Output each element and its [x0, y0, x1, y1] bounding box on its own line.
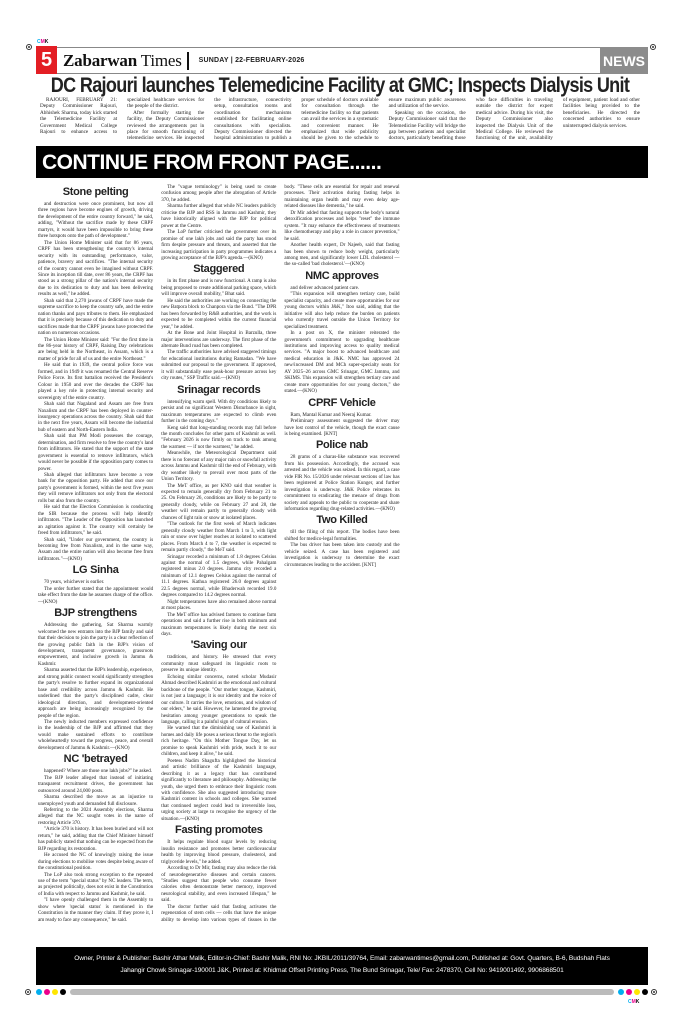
continued-articles: Stone pelting and destruction were once …: [38, 184, 646, 924]
cyan-swatch-icon: [618, 989, 624, 995]
magenta-swatch-icon: [626, 989, 632, 995]
article-paragraph: Keng said that long-standing records may…: [161, 425, 276, 451]
article-headline-nc-betrayed: NC 'betrayed: [38, 753, 153, 765]
black-swatch-icon: [60, 989, 66, 995]
article-paragraph: and destruction were once prominent, but…: [38, 201, 153, 240]
article-paragraph: He warned that the diminishing use of Ka…: [161, 725, 276, 757]
article-paragraph: It helps regulate blood sugar levels by …: [161, 839, 276, 865]
cmyk-label-bottom: CMK: [628, 999, 639, 1005]
article-paragraph: Srinagar recorded a minimum of 1.8 degre…: [161, 554, 276, 599]
masthead: 5 Zabarwan Times SUNDAY | 22-FEBRUARY-20…: [36, 47, 648, 74]
article-paragraph: The LoP further criticised the governmen…: [161, 229, 276, 261]
article-paragraph: Referring to the 2024 Assembly elections…: [38, 807, 153, 826]
article-paragraph: traditions, and history. He stressed tha…: [161, 654, 276, 673]
article-headline-crpf-vehicle: CPRF Vehicle: [284, 397, 399, 409]
color-registration-bar: [36, 988, 648, 996]
article-paragraph: The LoP also took strong exception to th…: [38, 872, 153, 898]
article-paragraph: Sharma described the move as an injustic…: [38, 794, 153, 807]
continue-banner: CONTINUE FROM FRONT PAGE......: [36, 146, 648, 178]
article-headline-fasting-promotes: Fasting promotes: [161, 824, 276, 836]
article-paragraph: Addressing the gathering, Sat Sharma war…: [38, 622, 153, 667]
article-paragraph: "This expansion will strengthen tertiary…: [284, 291, 399, 330]
grey-registration-strip: [70, 989, 614, 995]
article-paragraph: Shah said that 2,270 jawans of CRPF have…: [38, 298, 153, 337]
article-paragraph: He said that the Election Commission is …: [38, 504, 153, 536]
article-paragraph: The Union Home Minister said: "For the f…: [38, 337, 153, 363]
issue-date: SUNDAY | 22-FEBRUARY-2026: [199, 57, 305, 64]
article-paragraph: intensifying warm spell. With dry condit…: [161, 399, 276, 425]
page-number-badge: 5: [36, 46, 57, 74]
yellow-swatch-icon: [634, 989, 640, 995]
article-headline-police-nab: Police nab: [284, 439, 399, 451]
article-headline-lg-sinha: LG Sinha: [38, 564, 153, 576]
article-paragraph: "The outlook for the first week of March…: [161, 521, 276, 553]
article-headline-nmc-approves: NMC approves: [284, 270, 399, 282]
article-headline-two-killed: Two Killed: [284, 514, 399, 526]
article-paragraph: Meanwhile, the Meteorological Department…: [161, 450, 276, 482]
article-headline-srinagar-records: Srinagar records: [161, 384, 276, 396]
article-paragraph: He said that in 1939, the central police…: [38, 362, 153, 401]
article-paragraph: In a post on X, the minister reiterated …: [284, 330, 399, 395]
article-paragraph: Echoing similar concerns, noted scholar …: [161, 674, 276, 726]
article-paragraph: The BJP leader alleged that instead of i…: [38, 775, 153, 794]
registration-mark-bottom-left-icon: [25, 989, 31, 995]
article-paragraph: Another health expert, Dr Najeeb, said t…: [284, 242, 399, 268]
article-headline-staggered: Staggered: [161, 263, 276, 275]
article-paragraph: Shah said that Nagaland and Assam are fr…: [38, 401, 153, 433]
article-paragraph: Shah said that PM Modi possesses the cou…: [38, 433, 153, 472]
article-paragraph: The MeT office, as per KNO said that wea…: [161, 483, 276, 522]
article-headline-saving-our: 'Saving our: [161, 639, 276, 651]
article-headline-stone-pelting: Stone pelting: [38, 186, 153, 198]
article-paragraph: happened? Where are those one lakh jobs?…: [38, 768, 153, 774]
article-paragraph: Sharma further alleged that while NC lea…: [161, 203, 276, 229]
article-paragraph: He accused the NC of knowingly raising t…: [38, 852, 153, 871]
article-paragraph: He said the authorities are working on c…: [161, 298, 276, 330]
title-divider: [187, 52, 189, 70]
imprint-footer: Owner, Printer & Publisher: Bashir Athar…: [36, 947, 648, 985]
article-paragraph: The order further stated that the appoin…: [38, 586, 153, 605]
article-paragraph: Poetess Nadim Shagufta highlighted the h…: [161, 758, 276, 823]
article-paragraph: 28 grams of a charas-like substance was …: [284, 454, 399, 512]
article-paragraph: Dr Mir added that fasting supports the b…: [284, 210, 399, 242]
article-paragraph: The traffic authorities have advised sta…: [161, 349, 276, 381]
article-headline-bjp-strengthens: BJP strengthens: [38, 607, 153, 619]
registration-mark-bottom-right-icon: [651, 989, 657, 995]
article-paragraph: The MeT office has advised farmers to co…: [161, 612, 276, 638]
article-paragraph: The bus driver has been taken into custo…: [284, 542, 399, 568]
article-paragraph: The "vague terminology" is being used to…: [161, 184, 276, 203]
article-paragraph: till the filing of this report. The bodi…: [284, 529, 399, 542]
article-paragraph: Shah said, "Under our government, the co…: [38, 537, 153, 563]
registration-mark-top-right-icon: [650, 44, 656, 50]
article-paragraph: in its first phase and is now functional…: [161, 278, 276, 297]
publication-title: Zabarwan Times: [63, 51, 182, 71]
article-paragraph: Night temperatures have also remained ab…: [161, 599, 276, 612]
registration-mark-top-left-icon: [26, 44, 32, 50]
top-story-headline: DC Rajouri launches Telemedicine Facilit…: [48, 74, 633, 98]
yellow-swatch-icon: [52, 989, 58, 995]
article-paragraph: Sharma asserted that the BJP's leadershi…: [38, 667, 153, 719]
article-paragraph: The Union Home Minister said that for 86…: [38, 240, 153, 298]
section-tab-news: NEWS: [600, 47, 648, 74]
top-story-body: RAJOURI, FEBRUARY 21: Deputy Commissione…: [40, 97, 640, 142]
article-paragraph: "Article 370 is history. It has been bur…: [38, 826, 153, 852]
article-paragraph: The newly inducted members expressed con…: [38, 719, 153, 751]
black-swatch-icon: [642, 989, 648, 995]
imprint-line-2: Jahangir Chowk Srinagar-190001 J&K, Prin…: [36, 965, 648, 977]
imprint-line-1: Owner, Printer & Publisher: Bashir Athar…: [36, 953, 648, 965]
article-paragraph: Shah alleged that infiltrators have beco…: [38, 472, 153, 504]
magenta-swatch-icon: [44, 989, 50, 995]
article-paragraph: At the Bone and Joint Hospital in Barzul…: [161, 330, 276, 349]
cmyk-label-top: CMK: [37, 39, 48, 45]
article-paragraph: According to Dr Mir, fasting may also re…: [161, 865, 276, 904]
cyan-swatch-icon: [36, 989, 42, 995]
article-paragraph: "I have openly challenged them in the As…: [38, 897, 153, 923]
article-paragraph: Preliminary assessment suggested the dri…: [284, 418, 399, 437]
